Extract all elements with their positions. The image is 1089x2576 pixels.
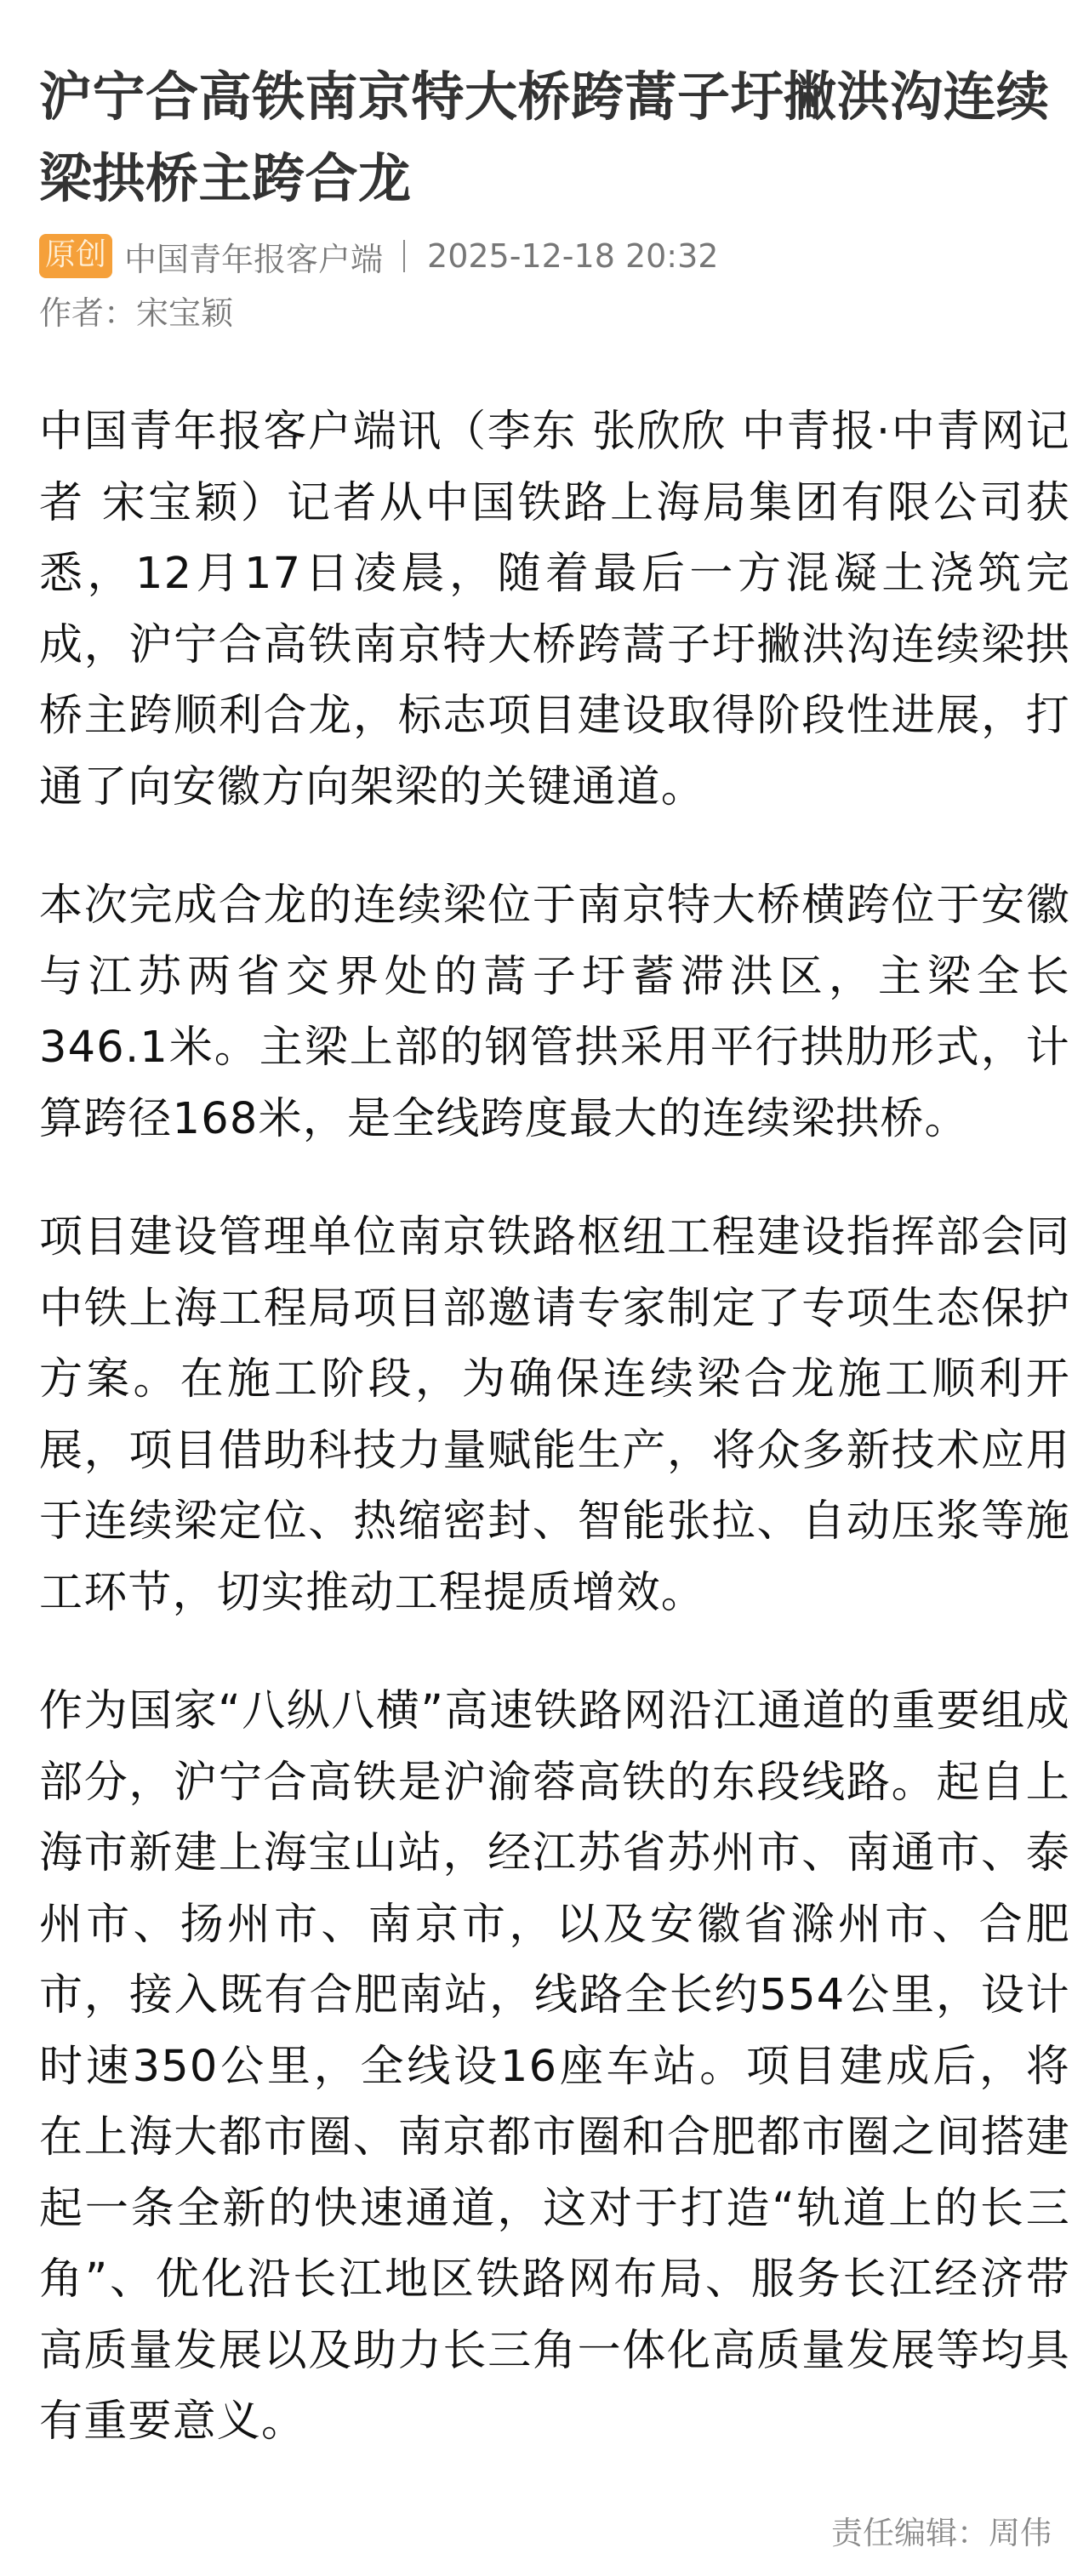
meta-separator [403, 240, 405, 272]
author-line: 作者：宋宝颖 [39, 293, 233, 333]
original-badge: 原创 [39, 234, 112, 278]
article-meta: 原创 中国青年报客户端 2025-12-18 20:32 [39, 233, 718, 279]
paragraph: 作为国家“八纵八横”高速铁路网沿江通道的重要组成部分，沪宁合高铁是沪渝蓉高铁的东… [39, 1676, 1070, 2458]
responsible-editor: 责任编辑：周伟 [831, 2511, 1052, 2556]
article-body: 中国青年报客户端讯（李东 张欣欣 中青报·中青网记者 宋宝颖）记者从中国铁路上海… [39, 396, 1070, 2505]
paragraph: 项目建设管理单位南京铁路枢纽工程建设指挥部会同中铁上海工程局项目部邀请专家制定了… [39, 1202, 1070, 1628]
article-title: 沪宁合高铁南京特大桥跨蒿子圩撇洪沟连续梁拱桥主跨合龙 [39, 56, 1069, 219]
paragraph: 本次完成合龙的连续梁位于南京特大桥横跨位于安徽与江苏两省交界处的蒿子圩蓄滞洪区，… [39, 870, 1070, 1154]
publish-datetime: 2025-12-18 20:32 [427, 237, 718, 275]
paragraph: 中国青年报客户端讯（李东 张欣欣 中青报·中青网记者 宋宝颖）记者从中国铁路上海… [39, 396, 1070, 823]
source-name[interactable]: 中国青年报客户端 [124, 233, 383, 280]
